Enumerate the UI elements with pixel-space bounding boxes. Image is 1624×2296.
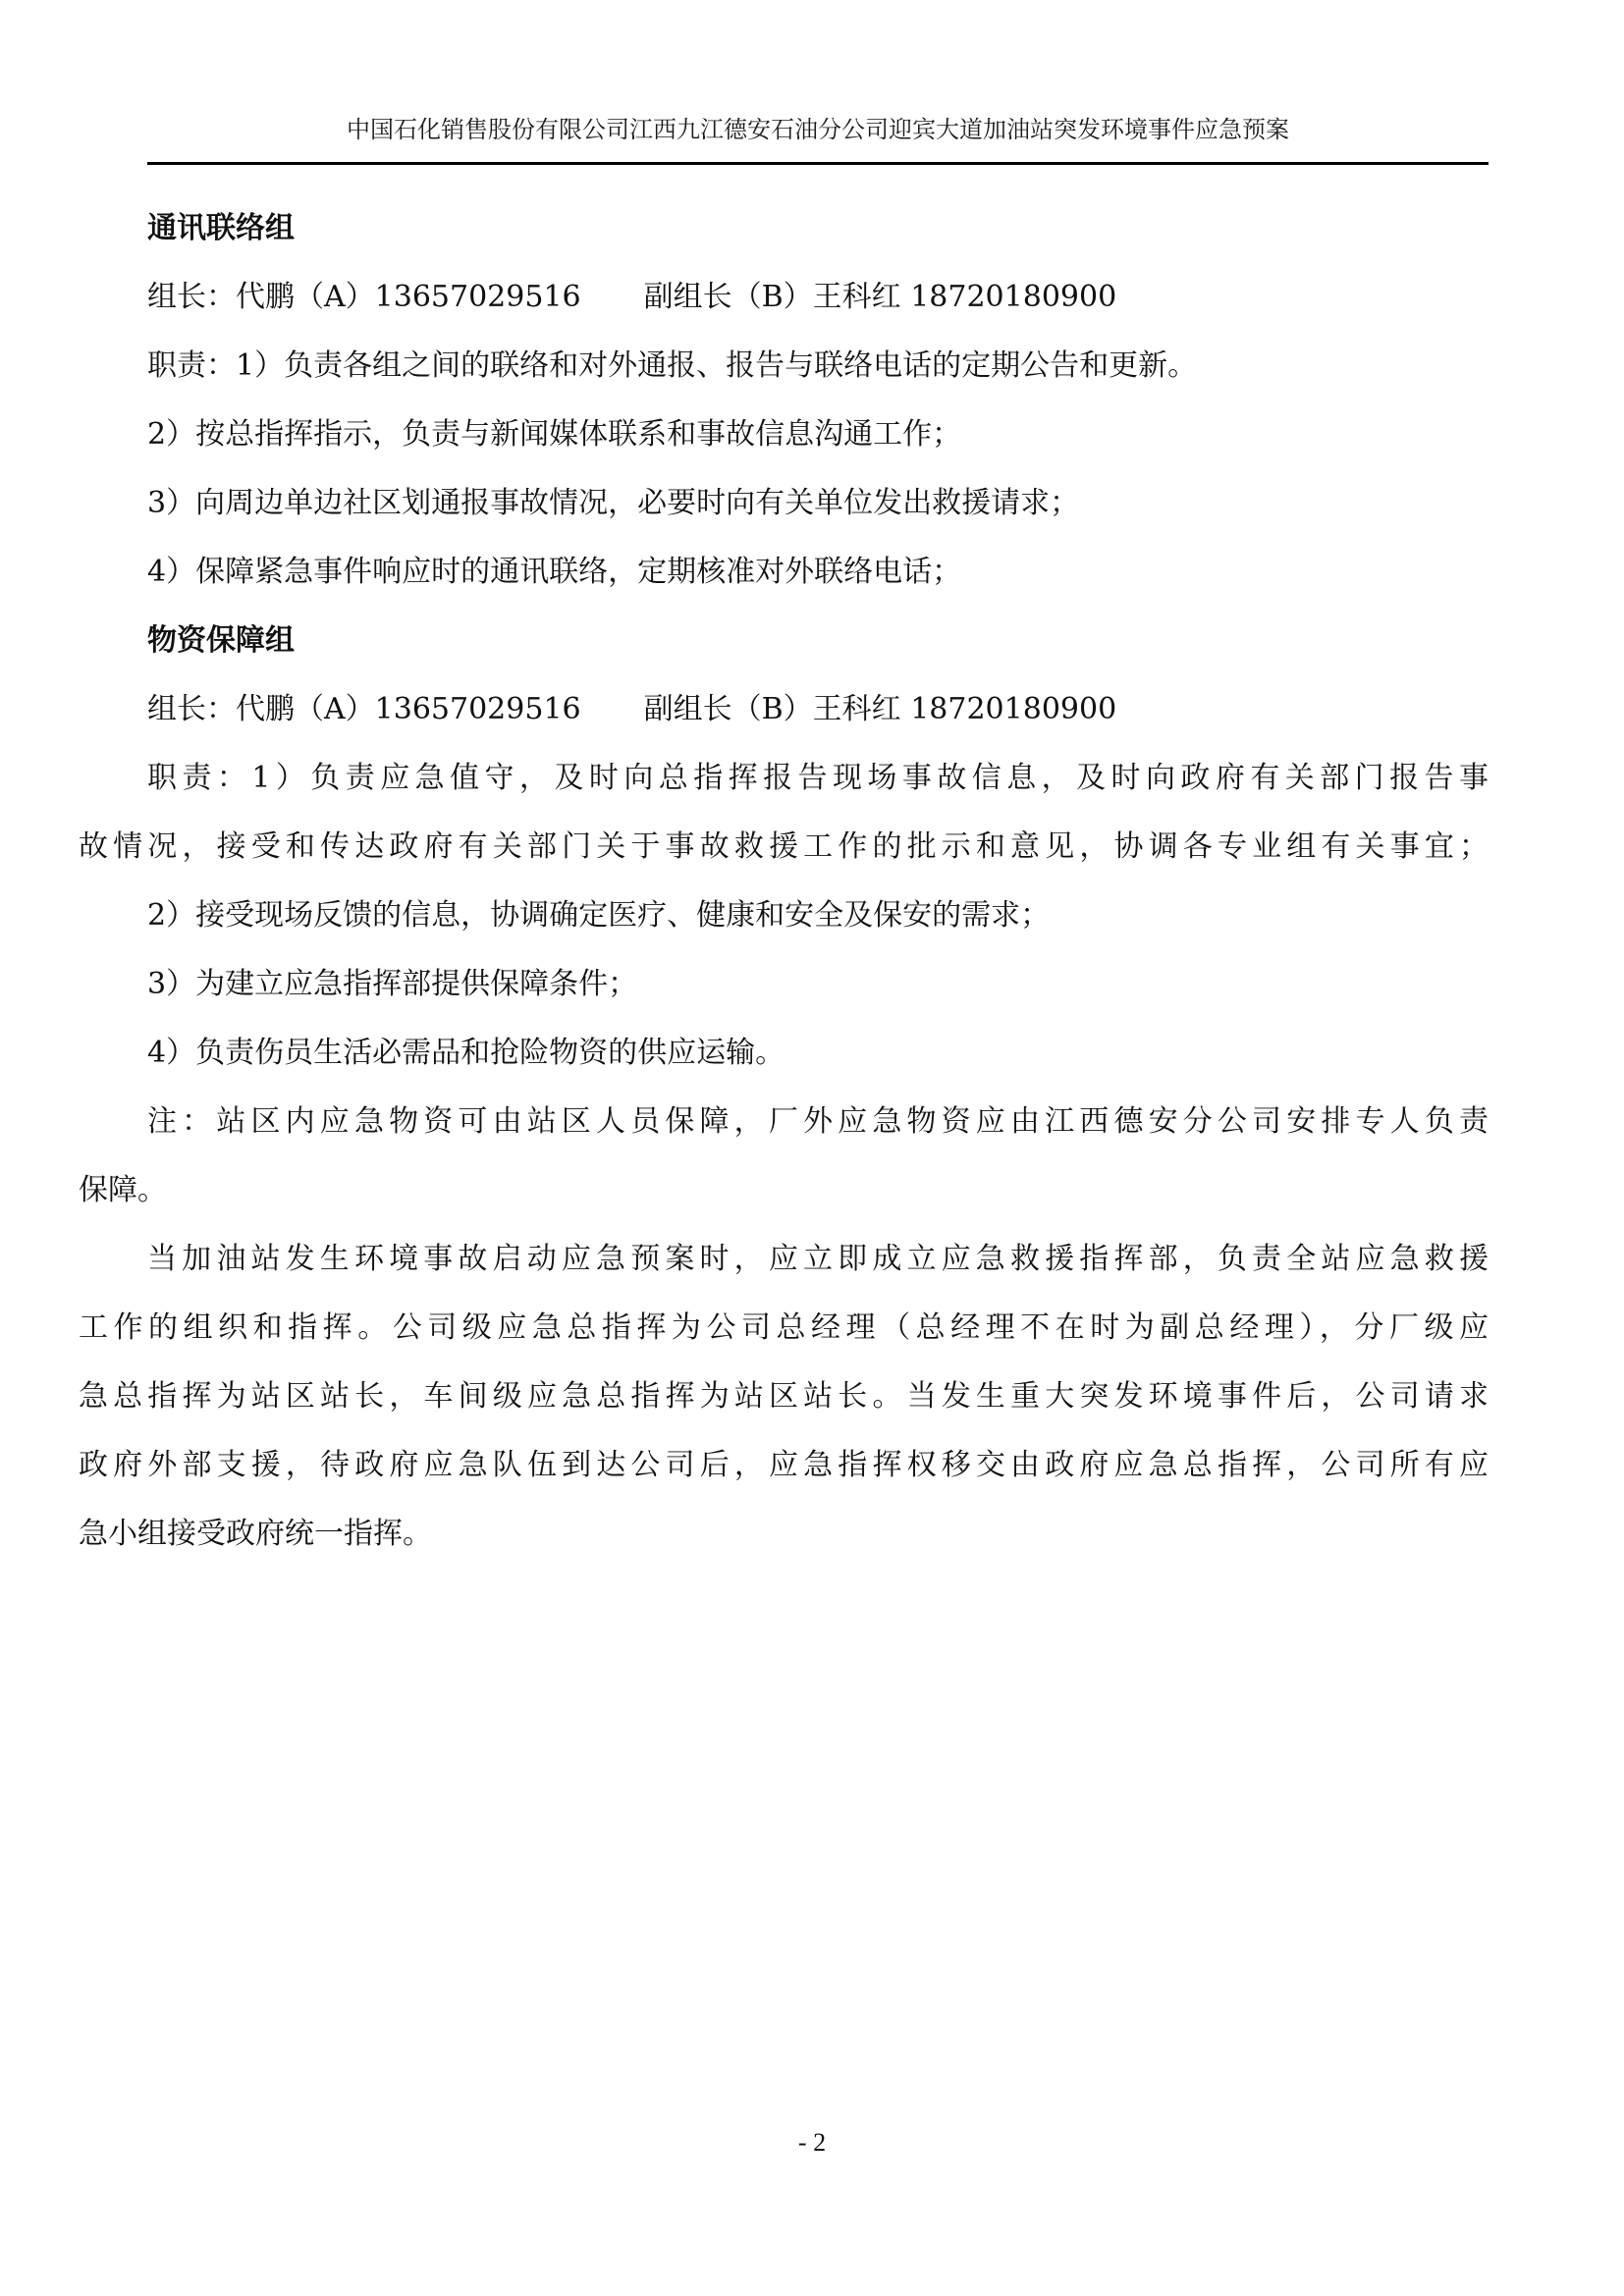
duty-line: 2）接受现场反馈的信息，协调确定医疗、健康和安全及保安的需求； (147, 895, 1050, 936)
paragraph-line: 当加油站发生环境事故启动应急预案时，应立即成立应急救援指挥部，负责全站应急救援 (147, 1239, 1489, 1280)
section-title-communication: 通讯联络组 (147, 208, 295, 249)
duty-line: 职责：1）负责各组之间的联络和对外通报、报告与联络电话的定期公告和更新。 (147, 346, 1197, 387)
duty-line: 3）向周边单边社区划通报事故情况，必要时向有关单位发出救援请求； (147, 483, 1079, 524)
page-header-title: 中国石化销售股份有限公司江西九江德安石油分公司迎宾大道加油站突发环境事件应急预案 (147, 110, 1489, 144)
section-leaders-supplies: 组长：代鹏（A）13657029516副组长（B）王科红 18720180900 (147, 689, 1116, 730)
duty-line: 4）负责伤员生活必需品和抢险物资的供应运输。 (147, 1033, 785, 1074)
leader-text: 组长：代鹏（A）13657029516 (147, 280, 581, 314)
note-line: 保障。 (79, 1170, 167, 1211)
paragraph-line: 工作的组织和指挥。公司级应急总指挥为公司总经理（总经理不在时为副总经理），分厂级… (79, 1308, 1489, 1349)
section-leaders-communication: 组长：代鹏（A）13657029516副组长（B）王科红 18720180900 (147, 277, 1116, 318)
duty-line: 故情况，接受和传达政府有关部门关于事故救援工作的批示和意见，协调各专业组有关事宜… (79, 827, 1489, 868)
duty-line: 4）保障紧急事件响应时的通讯联络，定期核准对外联络电话； (147, 552, 961, 593)
leader-text: 组长：代鹏（A）13657029516 (147, 692, 581, 726)
duty-line: 2）按总指挥指示，负责与新闻媒体联系和事故信息沟通工作； (147, 414, 961, 455)
section-title-supplies: 物资保障组 (147, 620, 295, 662)
paragraph-line: 急总指挥为站区站长，车间级应急总指挥为站区站长。当发生重大突发环境事件后，公司请… (79, 1376, 1489, 1417)
paragraph-line: 急小组接受政府统一指挥。 (79, 1514, 432, 1555)
note-line: 注：站区内应急物资可由站区人员保障，厂外应急物资应由江西德安分公司安排专人负责 (147, 1101, 1489, 1143)
page-number: - 2 (0, 2128, 1624, 2158)
deputy-text: 副组长（B）王科红 18720180900 (644, 692, 1117, 726)
duty-line: 3）为建立应急指挥部提供保障条件； (147, 964, 637, 1005)
paragraph-line: 政府外部支援，待政府应急队伍到达公司后，应急指挥权移交由政府应急总指挥，公司所有… (79, 1445, 1489, 1486)
header-divider (147, 162, 1489, 165)
duty-line: 职责：1）负责应急值守，及时向总指挥报告现场事故信息，及时向政府有关部门报告事 (147, 758, 1489, 799)
deputy-text: 副组长（B）王科红 18720180900 (644, 280, 1117, 314)
